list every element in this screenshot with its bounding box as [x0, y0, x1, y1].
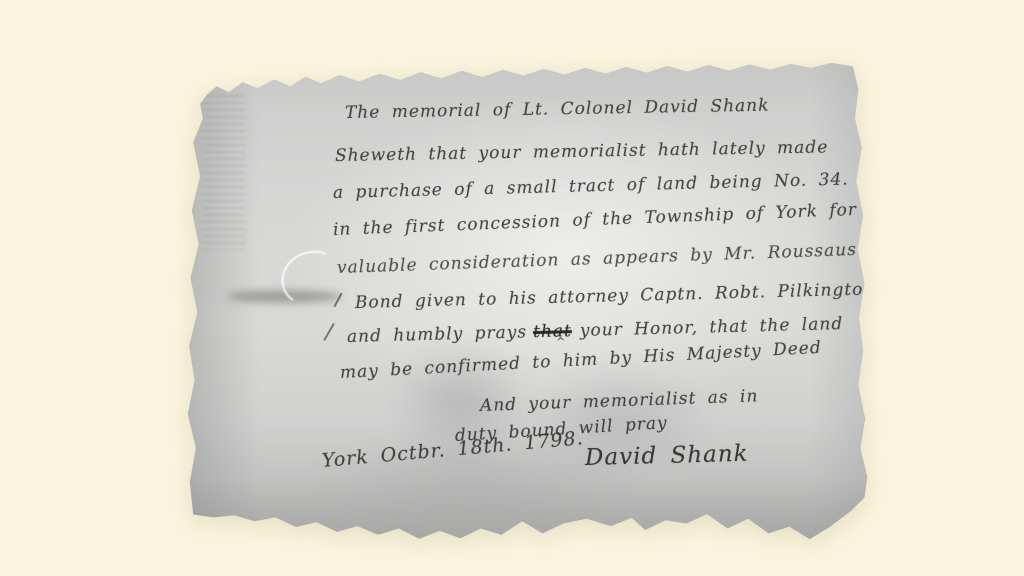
torn-paper-document: The memorial of Lt. Colonel David Shank … [0, 0, 1024, 576]
memorial-line: a purchase of a small tract of land bein… [333, 169, 849, 202]
text-after-strike: your Honor, that the land [580, 314, 844, 341]
insertion-caret-mark: ^ [556, 335, 567, 348]
stray-ink-mark [323, 323, 335, 341]
memorial-line: Bond given to his attorney Captn. Robt. … [355, 279, 882, 313]
scan-background: The memorial of Lt. Colonel David Shank … [0, 0, 1024, 576]
memorial-line: Sheweth that your memorialist hath latel… [335, 137, 829, 166]
text-before-strike: and humbly prays [347, 322, 528, 347]
memorial-line: valuable consideration as appears by Mr.… [337, 240, 858, 278]
memorial-line: in the first concession of the Township … [333, 199, 880, 240]
memorial-title-line: The memorial of Lt. Colonel David Shank [345, 96, 770, 123]
paper-sheet: The memorial of Lt. Colonel David Shank … [185, 60, 870, 545]
paper-edge-texture [203, 95, 245, 250]
signature: David Shank [585, 441, 749, 471]
